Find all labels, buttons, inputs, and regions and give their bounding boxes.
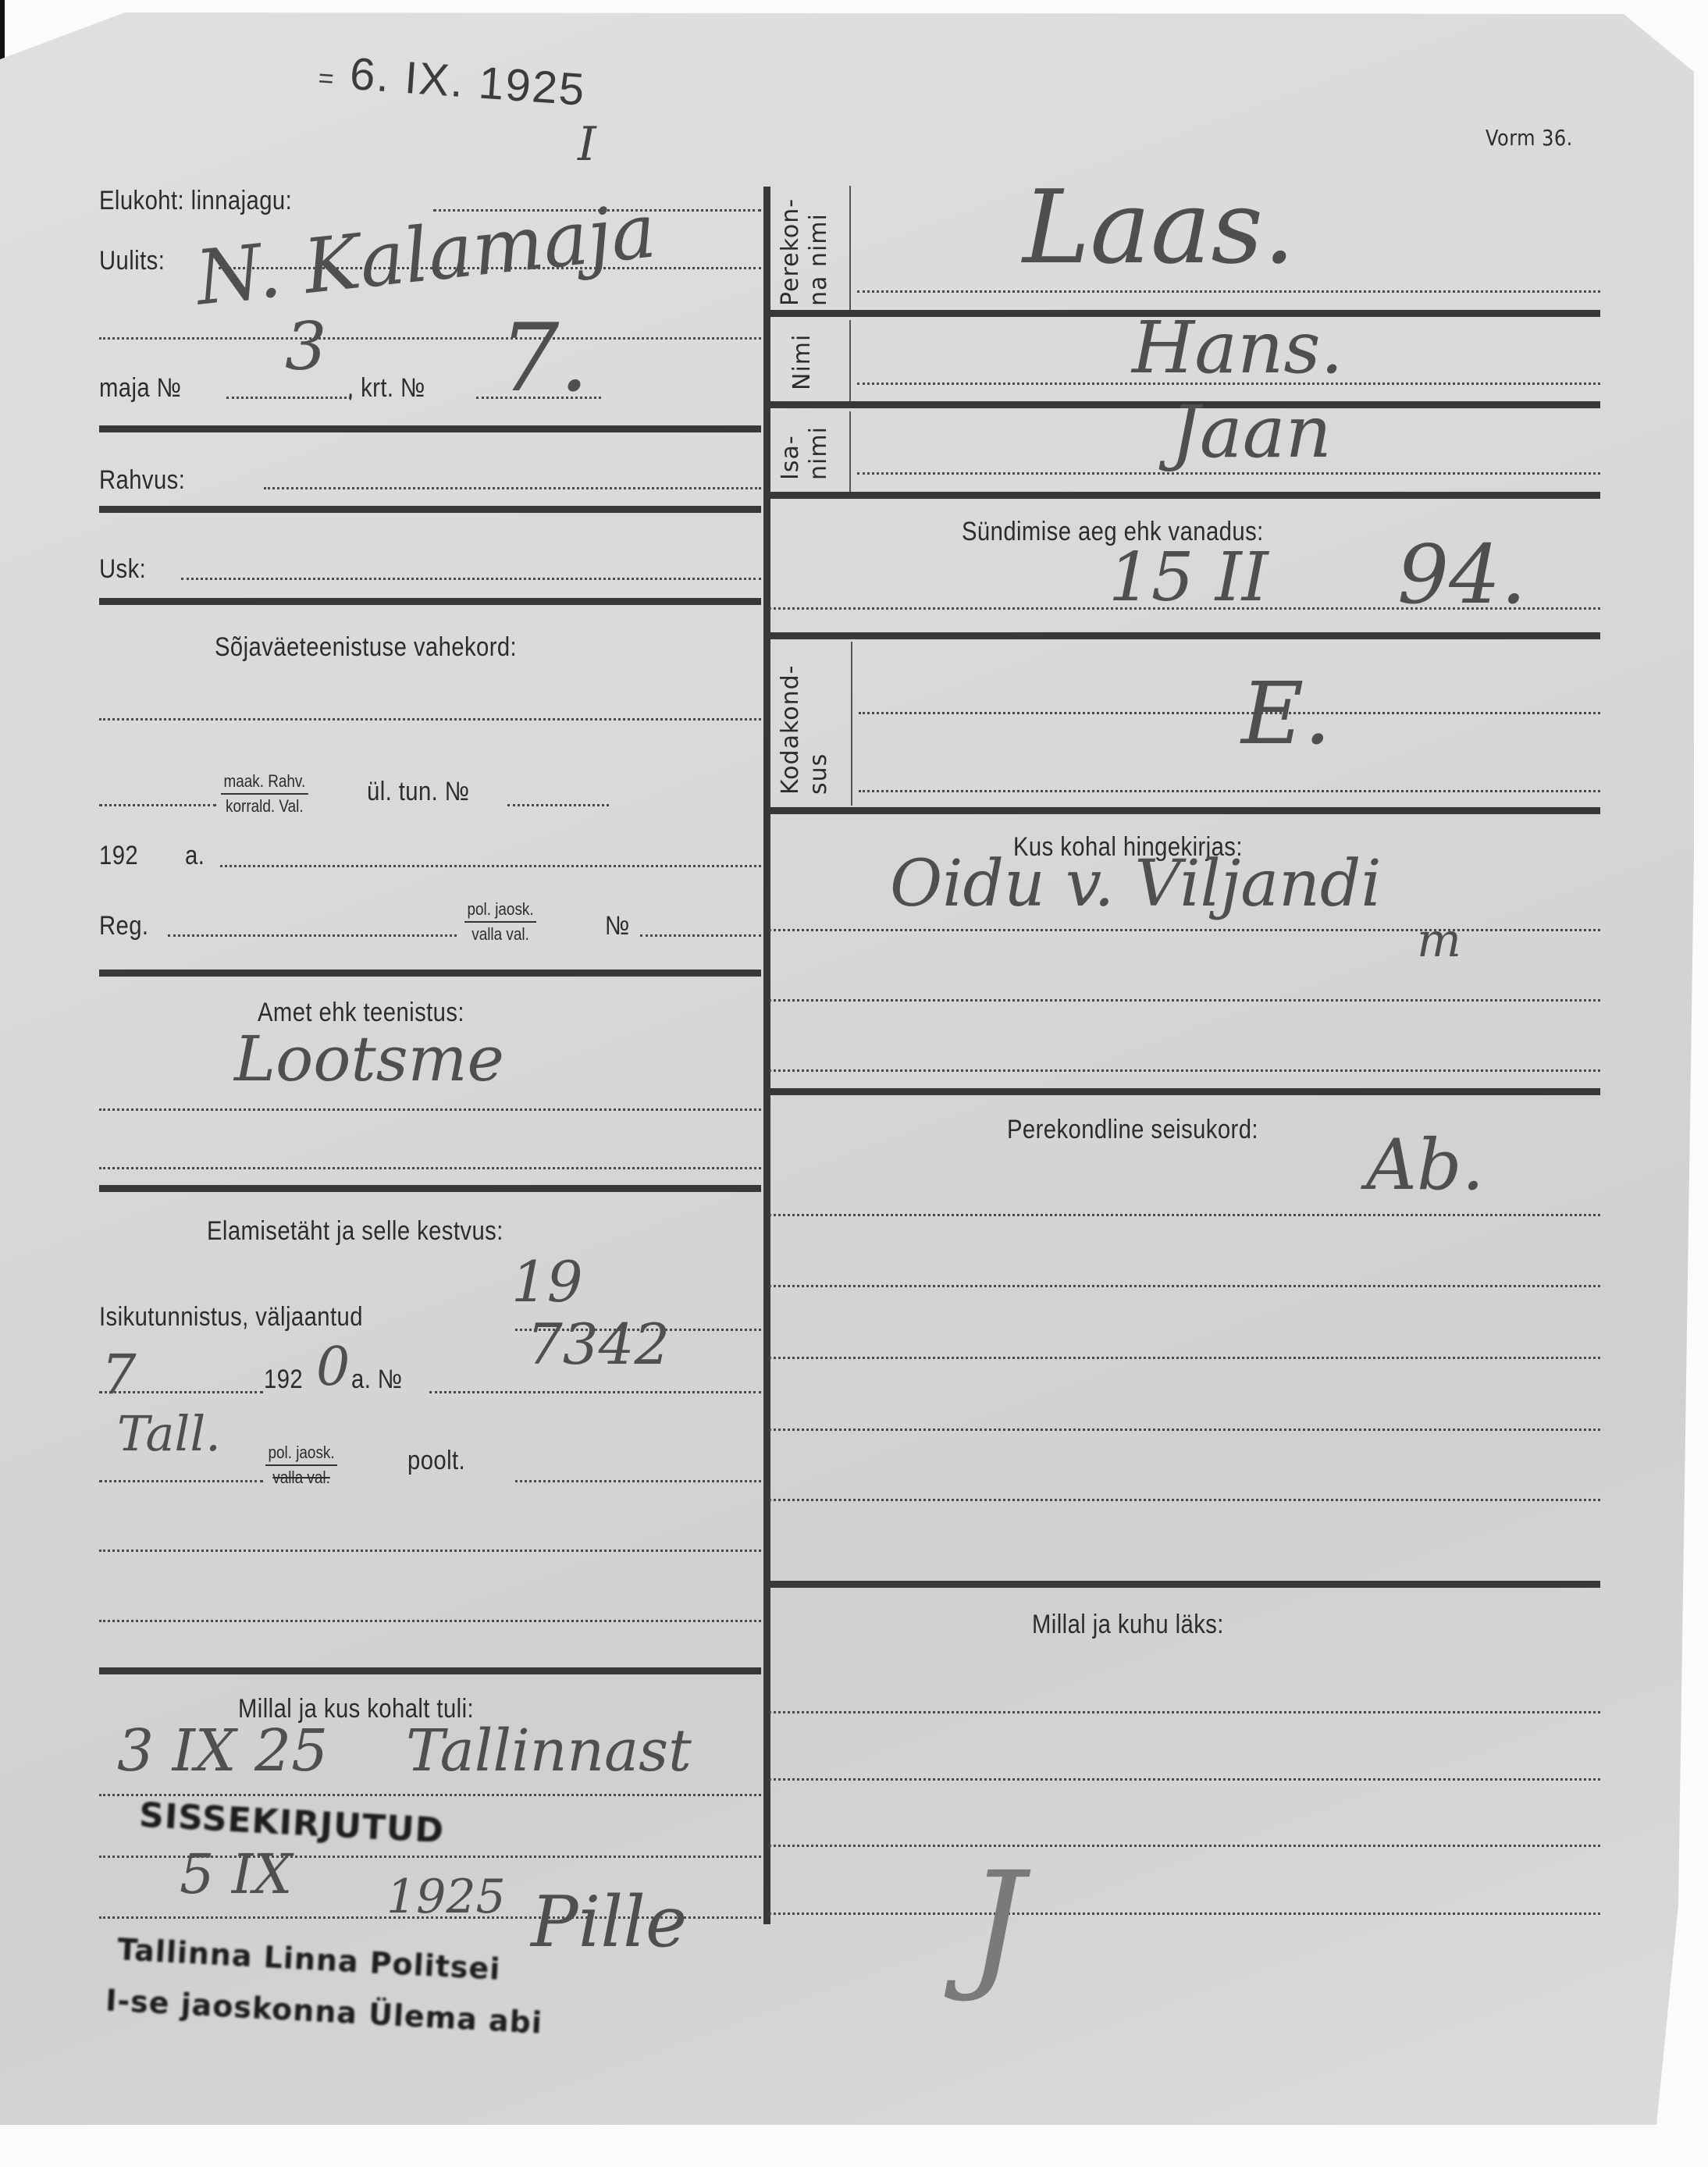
arrival-place: Tallinnast [406, 1717, 692, 1784]
occupation-value: Lootsme [234, 1023, 504, 1095]
issuer-frac-bottom: valla val. [265, 1466, 337, 1488]
section-divider [769, 1581, 1600, 1588]
id-year-prefix: 192 [264, 1365, 303, 1395]
citizenship-label: Kodakond- sus [777, 665, 833, 795]
apartment-value: 7. [500, 304, 589, 413]
surname-label-line1: Perekon- [777, 198, 805, 306]
parish-register-value: Oidu v. Viljandi [890, 847, 1382, 921]
departure-title: Millal ja kuhu läks: [1032, 1610, 1224, 1640]
stamp-mark: = [317, 63, 336, 94]
id-number-field[interactable] [429, 1391, 761, 1393]
military-fraction: maak. Rahv. korrald. Val. [221, 771, 308, 817]
label-divider [851, 642, 852, 806]
marital-field-5[interactable] [769, 1499, 1600, 1501]
issued-month: Tall. [117, 1405, 221, 1462]
section-divider [99, 1185, 761, 1192]
year-label: 192 [99, 841, 138, 871]
form-sheet: = 6. IX. 1925 I Vorm 36. Elukoht: linnaj… [0, 0, 1708, 2167]
marital-status-title: Perekondline seisukord: [1007, 1115, 1258, 1145]
ul-tun-label: ül. tun. № [367, 777, 470, 807]
section-divider [769, 492, 1600, 499]
house-field[interactable] [226, 397, 351, 399]
registered-date: 5 IX [180, 1842, 292, 1906]
name-label: Nimi [788, 334, 817, 390]
police-stamp-line1: Tallinna Linna Politsei [116, 1932, 501, 1987]
column-divider [763, 187, 770, 1924]
marital-field-1[interactable] [769, 1214, 1600, 1216]
birth-day: 15 II [1108, 539, 1269, 617]
frac-top: maak. Rahv. [221, 771, 308, 795]
religion-field[interactable] [181, 578, 761, 580]
label-divider [849, 411, 851, 493]
occupation-field-2[interactable] [99, 1167, 761, 1169]
father-label-line1: Isa- [777, 426, 805, 480]
label-divider [849, 320, 851, 402]
section-divider [769, 632, 1600, 639]
surname-label-line2: na nimi [805, 198, 833, 306]
marital-field-4[interactable] [769, 1429, 1600, 1431]
street-label: Uulits: [99, 246, 165, 276]
form-number: Vorm 36. [1486, 125, 1573, 151]
departure-field-1[interactable] [769, 1711, 1600, 1713]
issuer-frac-top: pol. jaosk. [265, 1443, 337, 1466]
issued-day: 7 [101, 1343, 137, 1407]
military-title: Sõjaväeteenistuse vahekord: [215, 632, 517, 663]
marital-field-2[interactable] [769, 1285, 1600, 1287]
departure-field-4[interactable] [769, 1913, 1600, 1915]
ul-tun-field[interactable] [507, 804, 609, 806]
street-field-2[interactable] [99, 337, 761, 340]
issuer-field-2[interactable] [515, 1480, 761, 1482]
parish-field-1[interactable] [769, 929, 1600, 931]
father-name-value: Jaan [1171, 390, 1332, 474]
district-label: Elukoht: linnajagu: [99, 186, 292, 216]
id-number: 7342 [527, 1311, 670, 1377]
military-field-2[interactable] [99, 804, 216, 806]
occupation-field-1[interactable] [99, 1108, 761, 1111]
arrival-date: 3 IX 25 [117, 1717, 328, 1784]
departure-field-3[interactable] [769, 1845, 1600, 1847]
name-value: Hans. [1132, 306, 1343, 390]
surname-value: Laas. [1023, 168, 1295, 286]
marital-field-3[interactable] [769, 1357, 1600, 1359]
issued-date-field[interactable] [99, 1391, 263, 1393]
frac-bottom: korrald. Val. [221, 795, 308, 817]
section-divider [99, 1667, 761, 1674]
residence-field-2[interactable] [99, 1620, 761, 1622]
nationality-field[interactable] [264, 487, 761, 489]
date-stamp: = 6. IX. 1925 [317, 45, 587, 116]
surname-field[interactable] [857, 290, 1600, 293]
year-field[interactable] [220, 865, 761, 867]
police-stamp-line2: I-se jaoskonna Ülema abi [105, 1983, 543, 2040]
residence-permit-title: Elamisetäht ja selle kestvus: [207, 1216, 504, 1247]
officer-signature: Pille [531, 1881, 687, 1963]
section-divider [99, 970, 761, 977]
issuer-fraction: pol. jaosk. valla val. [265, 1443, 337, 1488]
parish-register-value-2: m [1417, 913, 1461, 968]
father-name-field[interactable] [857, 472, 1600, 475]
id-number-top: 19 [511, 1249, 583, 1315]
departure-field-2[interactable] [769, 1778, 1600, 1781]
apartment-label: , krt. № [347, 373, 425, 404]
id-year-digit: 0 [316, 1336, 350, 1398]
nationality-label: Rahvus: [99, 465, 185, 496]
section-divider [99, 425, 761, 432]
father-label-line2: nimi [805, 426, 833, 480]
id-year-suffix: a. № [351, 1365, 403, 1395]
house-label: maja № [99, 373, 181, 404]
reg-number-label: № [605, 911, 630, 941]
marital-status-value: Ab. [1366, 1124, 1484, 1206]
surname-label: Perekon- na nimi [777, 198, 833, 306]
citizenship-label-line2: sus [805, 665, 833, 795]
parish-field-3[interactable] [769, 1069, 1600, 1072]
reg-frac-bottom: valla val. [464, 923, 536, 945]
id-label: Isikutunnistus, väljaantud [99, 1302, 363, 1333]
section-divider [769, 1088, 1600, 1095]
residence-field-1[interactable] [99, 1550, 761, 1552]
label-divider [849, 186, 851, 311]
reg-number-field[interactable] [640, 934, 761, 937]
parish-field-2[interactable] [769, 999, 1600, 1002]
arrival-field-1[interactable] [99, 1794, 761, 1796]
section-divider [99, 598, 761, 605]
departure-mark: J [968, 1842, 1024, 2005]
reg-field[interactable] [168, 934, 457, 937]
roman-mark: I [578, 117, 596, 172]
issuer-field[interactable] [99, 1480, 263, 1482]
scanner-edge [0, 0, 5, 59]
reg-frac-top: pol. jaosk. [464, 899, 536, 923]
military-field-1[interactable] [99, 718, 761, 721]
birth-field[interactable] [769, 607, 1600, 610]
section-divider [99, 506, 761, 513]
citizenship-label-line1: Kodakond- [777, 665, 805, 795]
issued-by-label: poolt. [407, 1446, 465, 1476]
father-name-label: Isa- nimi [777, 426, 833, 480]
citizenship-field-1[interactable] [859, 712, 1600, 714]
section-divider [769, 807, 1600, 814]
religion-label: Usk: [99, 554, 146, 585]
name-field[interactable] [857, 383, 1600, 385]
reg-label: Reg. [99, 911, 148, 941]
year-suffix: a. [185, 841, 205, 871]
date-stamp-text: 6. IX. 1925 [348, 48, 587, 116]
reg-fraction: pol. jaosk. valla val. [464, 899, 536, 945]
house-value: 3 [285, 308, 326, 385]
citizenship-field-2[interactable] [859, 790, 1600, 792]
name-label-text: Nimi [788, 334, 817, 390]
